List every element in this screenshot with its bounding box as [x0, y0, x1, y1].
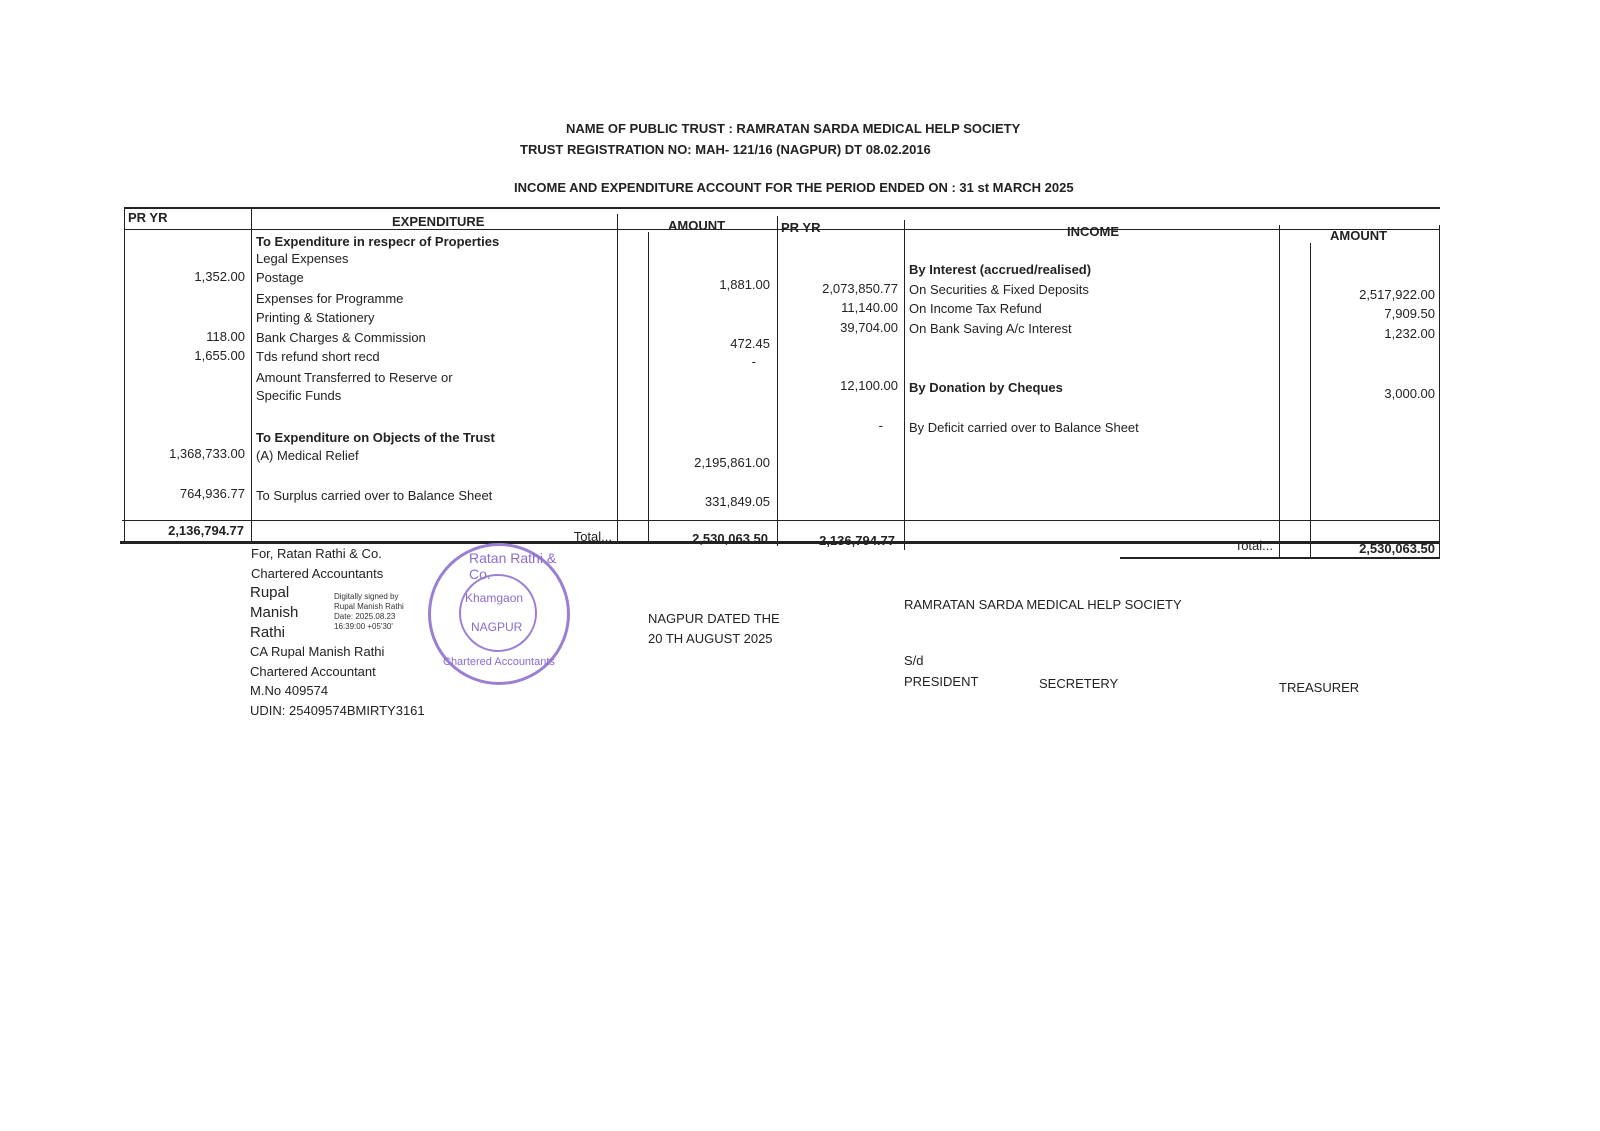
- income-pr-yr: 39,704.00: [780, 320, 898, 335]
- expenditure-label: Bank Charges & Commission: [256, 330, 426, 345]
- signature-name-3: Rathi: [250, 624, 285, 641]
- president-label: PRESIDENT: [904, 674, 978, 689]
- expenditure-pr-yr: 1,352.00: [140, 269, 245, 284]
- membership-number: M.No 409574: [250, 683, 328, 698]
- total-label-right: Total...: [1180, 538, 1273, 553]
- income-label: By Interest (accrued/realised): [909, 262, 1091, 277]
- udin: UDIN: 25409574BMIRTY3161: [250, 703, 425, 718]
- col-header-amount-right: AMOUNT: [1330, 228, 1387, 243]
- digital-signature-line: Rupal Manish Rathi: [334, 602, 404, 612]
- total-amount-right: 2,530,063.50: [1315, 541, 1435, 556]
- income-label: By Deficit carried over to Balance Sheet: [909, 420, 1139, 435]
- col-header-pr-yr-left: PR YR: [128, 210, 168, 225]
- income-pr-yr: 12,100.00: [780, 378, 898, 393]
- expenditure-amount: 472.45: [660, 336, 770, 351]
- income-amount: 2,517,922.00: [1320, 287, 1435, 302]
- expenditure-label: To Surplus carried over to Balance Sheet: [256, 488, 492, 503]
- treasurer-label: TREASURER: [1279, 680, 1359, 695]
- trust-name: NAME OF PUBLIC TRUST : RAMRATAN SARDA ME…: [566, 121, 1020, 136]
- total-label-left: Total...: [520, 529, 612, 544]
- income-label: On Bank Saving A/c Interest: [909, 321, 1072, 336]
- income-label: On Income Tax Refund: [909, 301, 1042, 316]
- total-pr-yr-right: 2,136,794.77: [780, 533, 895, 548]
- expenditure-pr-yr: 1,368,733.00: [140, 446, 245, 461]
- expenditure-pr-yr: 118.00: [140, 329, 245, 344]
- income-label: On Securities & Fixed Deposits: [909, 282, 1089, 297]
- expenditure-label: Postage: [256, 270, 304, 285]
- stamp-center-text-2: NAGPUR: [471, 620, 522, 634]
- income-amount: 1,232.00: [1320, 326, 1435, 341]
- signature-name-1: Rupal: [250, 584, 289, 601]
- expenditure-pr-yr: 764,936.77: [140, 486, 245, 501]
- stamp-bottom-text: Chartered Accountants: [443, 656, 555, 668]
- total-pr-yr-left: 2,136,794.77: [126, 523, 244, 538]
- income-pr-yr: 11,140.00: [780, 300, 898, 315]
- expenditure-amount: 331,849.05: [660, 494, 770, 509]
- col-header-income: INCOME: [1067, 224, 1119, 239]
- expenditure-label: Expenses for Programme: [256, 291, 403, 306]
- expenditure-label: Legal Expenses: [256, 251, 349, 266]
- signature-name-2: Manish: [250, 604, 298, 621]
- secretary-label: SECRETERY: [1039, 676, 1118, 691]
- digital-signature-line: Digitally signed by: [334, 592, 404, 602]
- expenditure-label: Tds refund short recd: [256, 349, 380, 364]
- digital-signature-line: 16:39:00 +05'30': [334, 622, 404, 632]
- expenditure-label: To Expenditure in respecr of Properties: [256, 234, 499, 249]
- expenditure-label: (A) Medical Relief: [256, 448, 359, 463]
- expenditure-label: To Expenditure on Objects of the Trust: [256, 430, 495, 445]
- auditor-firm-type: Chartered Accountants: [251, 566, 383, 581]
- income-amount: 3,000.00: [1320, 386, 1435, 401]
- society-name: RAMRATAN SARDA MEDICAL HELP SOCIETY: [904, 597, 1182, 612]
- digital-signature-line: Date: 2025.08.23: [334, 612, 404, 622]
- expenditure-label: Amount Transferred to Reserve or: [256, 370, 453, 385]
- income-pr-yr: -: [780, 418, 883, 433]
- auditor-stamp-icon: Ratan Rathi & Co. Khamgaon NAGPUR Charte…: [428, 543, 570, 685]
- ca-designation: Chartered Accountant: [250, 664, 376, 679]
- ca-name: CA Rupal Manish Rathi: [250, 644, 384, 659]
- auditor-firm: For, Ratan Rathi & Co.: [251, 546, 382, 561]
- place-date-line-1: NAGPUR DATED THE: [648, 611, 780, 626]
- total-amount-left: 2,530,063.50: [650, 531, 768, 546]
- signed-mark: S/d: [904, 653, 924, 668]
- col-header-amount-left: AMOUNT: [668, 218, 725, 233]
- stamp-center-text-1: Khamgaon: [465, 591, 523, 605]
- statement-title: INCOME AND EXPENDITURE ACCOUNT FOR THE P…: [514, 180, 1074, 195]
- income-label: By Donation by Cheques: [909, 380, 1063, 395]
- stamp-top-text: Ratan Rathi & Co.: [469, 550, 567, 582]
- trust-registration: TRUST REGISTRATION NO: MAH- 121/16 (NAGP…: [520, 142, 931, 157]
- digital-signature: Digitally signed by Rupal Manish Rathi D…: [334, 592, 404, 632]
- stamp-inner-ring: [459, 574, 537, 652]
- col-header-pr-yr-right: PR YR: [781, 220, 821, 235]
- expenditure-pr-yr: 1,655.00: [140, 348, 245, 363]
- expenditure-amount: 2,195,861.00: [660, 455, 770, 470]
- place-date-line-2: 20 TH AUGUST 2025: [648, 631, 773, 646]
- income-amount: 7,909.50: [1320, 306, 1435, 321]
- expenditure-label: Specific Funds: [256, 388, 341, 403]
- expenditure-amount: 1,881.00: [660, 277, 770, 292]
- income-pr-yr: 2,073,850.77: [780, 281, 898, 296]
- expenditure-label: Printing & Stationery: [256, 310, 375, 325]
- col-header-expenditure: EXPENDITURE: [392, 214, 484, 229]
- expenditure-amount: -: [660, 354, 756, 369]
